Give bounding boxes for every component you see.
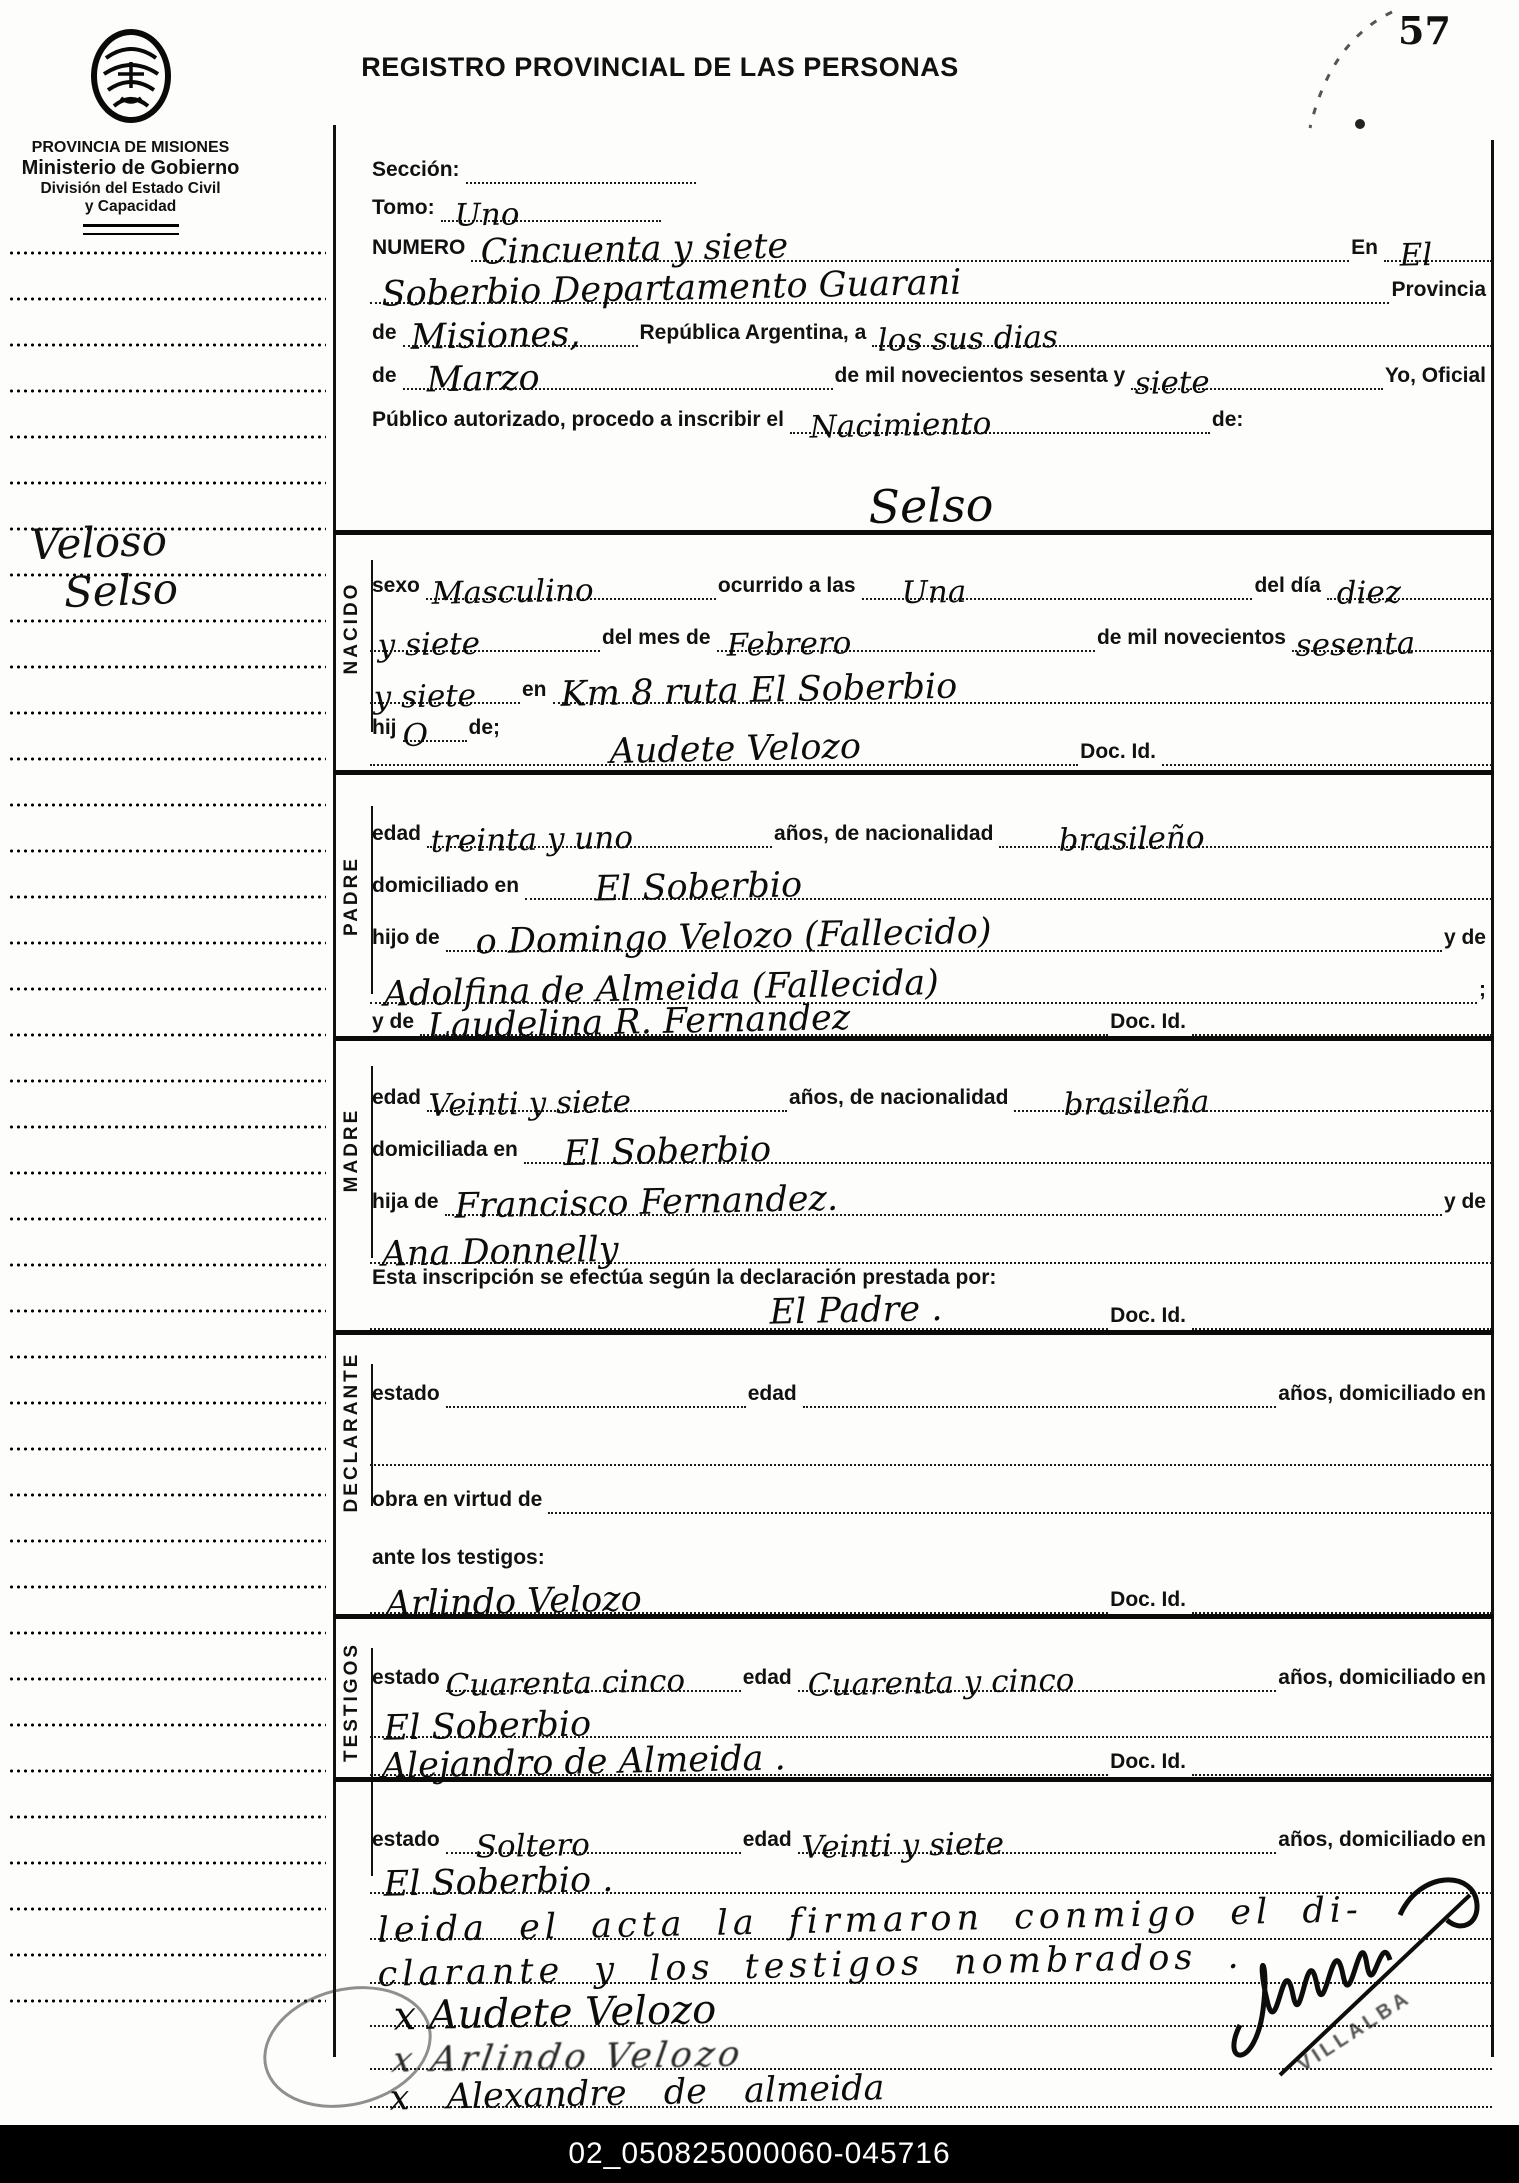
letterhead-rule xyxy=(83,224,179,235)
year-field: siete xyxy=(1131,346,1383,390)
row-declarante-estado: estado edad años, domiciliado en xyxy=(370,1366,1492,1408)
madre-edad-label: edad xyxy=(370,1086,427,1112)
pencil-dot xyxy=(1355,119,1365,129)
testigo1-estado-label: estado xyxy=(370,1666,446,1692)
madre-nacionalidad-value: brasileña xyxy=(1014,1089,1210,1119)
pencil-arc-mark xyxy=(1288,6,1403,141)
declarante-estado-label: estado xyxy=(370,1382,446,1408)
testigo2-edad-label: edad xyxy=(741,1828,798,1854)
testigo1-edad-value: Cuarenta y cinco xyxy=(797,1667,1074,1699)
child-name-value: Selso xyxy=(868,485,994,527)
row-padre-abuelo: hijo de o Domingo Velozo (Fallecido) y d… xyxy=(370,910,1492,952)
row-tomo: Tomo: Uno xyxy=(370,180,1492,222)
testigo1-domicilio-label: años, domiciliado en xyxy=(1276,1666,1492,1692)
anio-nacido-label: de mil novecientos xyxy=(1095,626,1292,652)
letterhead-province: PROVINCIA DE MISIONES xyxy=(18,139,243,157)
testigo2-estado-label: estado xyxy=(370,1828,446,1854)
province-field: Misiones, xyxy=(403,303,638,347)
madre-nombre-field: Laudelina R. Fernandez xyxy=(420,994,1108,1036)
letterhead-division-line2: y Capacidad xyxy=(18,198,243,216)
testigo2-nombre-field: Alejandro de Almeida . xyxy=(370,1734,1108,1776)
padre-doc-id-label: Doc. Id. xyxy=(1078,740,1162,766)
row-lugar-nacimiento: y siete en Km 8 ruta El Soberbio xyxy=(370,662,1492,704)
testigo2-doc-id-field xyxy=(1192,1734,1492,1776)
section-label-declarante: DECLARANTE xyxy=(341,1352,363,1513)
tomo-label: Tomo: xyxy=(370,196,441,222)
row-ante-testigos: ante los testigos: xyxy=(370,1538,1492,1572)
row-testigo1-nombre: Arlindo Velozo Doc. Id. xyxy=(370,1572,1492,1614)
ante-testigos-label: ante los testigos: xyxy=(370,1546,551,1572)
row-padre-domicilio: domiciliado en El Soberbio xyxy=(370,858,1492,900)
padre-domicilio-field: El Soberbio xyxy=(525,856,1492,900)
hora-value: Una xyxy=(861,578,966,607)
madre-domicilio-field: El Soberbio xyxy=(524,1120,1492,1164)
margin-ruled-lines xyxy=(6,236,326,2028)
row-testigo1-domicilio: El Soberbio xyxy=(370,1700,1492,1738)
letterhead-ministry: Ministerio de Gobierno xyxy=(18,157,243,180)
mes-field: Febrero xyxy=(717,608,1095,652)
mes-value: Febrero xyxy=(716,630,851,659)
month-field: Marzo xyxy=(403,346,833,390)
provincia-label: Provincia xyxy=(1389,278,1492,304)
row-padre-nombre: Audete Velozo Doc. Id. xyxy=(370,726,1492,766)
form-left-border xyxy=(333,125,336,2057)
act-field: Nacimiento xyxy=(790,390,1210,434)
provincial-seal xyxy=(88,28,174,128)
declarante-domicilio-field xyxy=(370,1422,1492,1466)
official-label: Yo, Oficial xyxy=(1383,364,1492,390)
madre-domicilio-value: El Soberbio xyxy=(523,1136,771,1171)
row-madre-edad: edad Veinti y siete años, de nacionalida… xyxy=(370,1070,1492,1112)
row-madre-abuelo: hija de Francisco Fernandez. y de xyxy=(370,1174,1492,1216)
testigo1-doc-id-label: Doc. Id. xyxy=(1108,1588,1192,1614)
signature-scrawl xyxy=(1234,1952,1390,2055)
row-declarante-nombre: El Padre . Doc. Id. xyxy=(370,1290,1492,1330)
padre-nacionalidad-field: brasileño xyxy=(999,804,1492,848)
row-mes-nacimiento: y siete del mes de Febrero de mil noveci… xyxy=(370,610,1492,652)
row-numero: NUMERO Cincuenta y siete En El xyxy=(370,220,1492,262)
madre-doc-id-field xyxy=(1192,994,1492,1036)
page-title: REGISTRO PROVINCIAL DE LAS PERSONAS xyxy=(330,52,990,83)
madre-edad-field: Veinti y siete xyxy=(427,1068,787,1112)
declarante-estado-field xyxy=(446,1364,746,1408)
row-month: de Marzo de mil novecientos sesenta y si… xyxy=(370,348,1492,390)
anio2-field: y siete xyxy=(370,660,520,704)
row-madre-domicilio: domiciliada en El Soberbio xyxy=(370,1122,1492,1164)
madre-abuelo-value: Francisco Fernandez. xyxy=(444,1185,838,1223)
numero-label: NUMERO xyxy=(370,236,471,262)
madre-yde-label: y de xyxy=(370,1010,420,1036)
padre-edad-field: treinta y uno xyxy=(427,804,772,848)
row-obra-en-virtud: obra en virtud de xyxy=(370,1472,1492,1514)
testigo2-nombre-value: Alejandro de Almeida . xyxy=(369,1745,786,1783)
row-testigo2-nombre: Alejandro de Almeida . Doc. Id. xyxy=(370,1736,1492,1776)
days-field: los sus dias xyxy=(872,303,1492,347)
padre-abuelo-value: o Domingo Velozo (Fallecido) xyxy=(445,918,992,959)
testigo2-doc-id-label: Doc. Id. xyxy=(1108,1750,1192,1776)
declarante-domicilio-label: años, domiciliado en xyxy=(1276,1382,1492,1408)
scan-code-text: 02_050825000060-045716 xyxy=(568,2137,950,2171)
padre-edad-label: edad xyxy=(370,822,427,848)
anio-value: sesenta xyxy=(1291,630,1415,659)
dia-value: diez xyxy=(1326,579,1401,607)
padre-yde-label: y de xyxy=(1442,926,1492,952)
row-madre-nombre: y de Laudelina R. Fernandez Doc. Id. xyxy=(370,996,1492,1036)
padre-nombre-field: Audete Velozo xyxy=(370,724,1078,766)
stamp-name-text: VILLALBA xyxy=(1294,1986,1416,2076)
padre-domicilio-value: El Soberbio xyxy=(524,871,802,907)
padre-nacionalidad-value: brasileño xyxy=(999,824,1205,855)
sexo-field: Masculino xyxy=(426,556,716,600)
madre-edad-value: Veinti y siete xyxy=(426,1088,631,1119)
testigo1-estado-value: Cuarenta cinco xyxy=(445,1668,685,1699)
declarante-doc-id-label: Doc. Id. xyxy=(1108,1304,1192,1330)
dia-field: diez xyxy=(1327,556,1492,600)
letterhead: PROVINCIA DE MISIONES Ministerio de Gobi… xyxy=(18,28,243,235)
act-value: Nacimiento xyxy=(789,410,991,441)
section-label-testigos: TESTIGOS xyxy=(341,1642,363,1762)
declarante-field: El Padre . xyxy=(370,1288,1108,1330)
testigo1-edad-field: Cuarenta y cinco xyxy=(798,1648,1277,1692)
tomo-field: Uno xyxy=(441,178,661,222)
section-label-padre: PADRE xyxy=(341,856,363,936)
row-declarante-domicilio xyxy=(370,1424,1492,1466)
obra-label: obra en virtud de xyxy=(370,1488,548,1514)
obra-field xyxy=(548,1470,1492,1514)
margin-surname: Veloso xyxy=(29,516,168,570)
mes-label: del mes de xyxy=(600,626,717,652)
padre-edad-value: treinta y uno xyxy=(426,824,633,855)
de2-label: de xyxy=(370,364,403,390)
testigo1-domicilio-field: El Soberbio xyxy=(370,1698,1492,1738)
lugar-field: Km 8 ruta El Soberbio xyxy=(553,660,1492,704)
row-padre-edad: edad treinta y uno años, de nacionalidad… xyxy=(370,806,1492,848)
pencil-arc xyxy=(1310,12,1392,128)
dia-value2: y siete xyxy=(369,630,480,659)
ocurrido-label: ocurrido a las xyxy=(716,574,862,600)
declarante-edad-field xyxy=(803,1364,1277,1408)
padre-doc-id-field xyxy=(1162,724,1492,766)
madre-doc-id-label: Doc. Id. xyxy=(1108,1010,1192,1036)
padre-domicilio-label: domiciliado en xyxy=(370,874,525,900)
section-label-madre: MADRE xyxy=(341,1108,363,1193)
republica-label: República Argentina, a xyxy=(638,321,873,347)
place-field: Soberbio Departamento Guarani xyxy=(370,260,1389,304)
madre-abuelo-field: Francisco Fernandez. xyxy=(445,1172,1442,1216)
en-nacido-label: en xyxy=(520,678,553,704)
declarante-edad-label: edad xyxy=(746,1382,803,1408)
testigo1-doc-id-field xyxy=(1192,1570,1492,1614)
section-label-nacido: NACIDO xyxy=(341,582,363,675)
anio-field: sesenta xyxy=(1292,608,1492,652)
declarante-doc-id-field xyxy=(1192,1288,1492,1330)
signature-hook xyxy=(1400,1880,1477,1926)
madre-nacionalidad-label: años, de nacionalidad xyxy=(787,1086,1014,1112)
en-field: El xyxy=(1384,218,1492,262)
row-declaracion-intro: Esta inscripción se efectúa según la dec… xyxy=(370,1258,1492,1292)
birth-registration-document: PROVINCIA DE MISIONES Ministerio de Gobi… xyxy=(0,0,1519,2183)
inscribe-label: Público autorizado, procedo a inscribir … xyxy=(370,408,790,434)
numero-field: Cincuenta y siete xyxy=(471,218,1349,262)
padre-nombre-value: Audete Velozo xyxy=(369,733,861,773)
madre-nacionalidad-field: brasileña xyxy=(1014,1068,1492,1112)
madre-hija-de-label: hija de xyxy=(370,1190,445,1216)
testigo1-nombre-field: Arlindo Velozo xyxy=(370,1570,1108,1614)
en-label: En xyxy=(1349,236,1384,262)
row-place: Soberbio Departamento Guarani Provincia xyxy=(370,262,1492,304)
padre-nacionalidad-label: años, de nacionalidad xyxy=(772,822,999,848)
row-child-name: Selso xyxy=(370,438,1492,518)
dia-label: del día xyxy=(1252,574,1327,600)
padre-hijo-de-label: hijo de xyxy=(370,926,446,952)
madre-nombre-value: Laudelina R. Fernandez xyxy=(419,1004,850,1043)
row-spacer xyxy=(1249,392,1492,434)
row-province: de Misiones, República Argentina, a los … xyxy=(370,305,1492,347)
madre-yde2-label: y de xyxy=(1442,1190,1492,1216)
de3-label: de: xyxy=(1210,408,1250,434)
madre-domicilio-label: domiciliada en xyxy=(370,1138,524,1164)
letterhead-division-line1: División del Estado Civil xyxy=(18,180,243,198)
dia2-field: y siete xyxy=(370,608,600,652)
sexo-label: sexo xyxy=(370,574,426,600)
testigo1-edad-label: edad xyxy=(741,1666,798,1692)
margin-given-name: Selso xyxy=(63,564,179,617)
row-testigo1-estado: estado Cuarenta cinco edad Cuarenta y ci… xyxy=(370,1650,1492,1692)
declarante-value: El Padre . xyxy=(369,1295,942,1337)
row-inscribe: Público autorizado, procedo a inscribir … xyxy=(370,392,1492,434)
rule-padre-top xyxy=(334,770,1494,775)
hora-field: Una xyxy=(862,556,1253,600)
scan-code-bar: 02_050825000060-045716 xyxy=(0,2125,1519,2183)
sexo-value: Masculino xyxy=(425,577,593,607)
de-label: de xyxy=(370,321,403,347)
year-label: de mil novecientos sesenta y xyxy=(833,364,1132,390)
testigo1-nombre-value: Arlindo Velozo xyxy=(369,1586,642,1621)
page-number: 57 xyxy=(1398,8,1451,53)
testigo2-estado-field: Soltero xyxy=(446,1810,741,1854)
official-signature: VILLALBA xyxy=(1185,1840,1495,2080)
padre-abuelo-field: o Domingo Velozo (Fallecido) xyxy=(446,908,1442,952)
signature-testigo2: x Alexandre de almeida xyxy=(369,2074,884,2115)
testigo1-estado-field: Cuarenta cinco xyxy=(446,1648,741,1692)
row-sexo: sexo Masculino ocurrido a las Una del dí… xyxy=(370,558,1492,600)
